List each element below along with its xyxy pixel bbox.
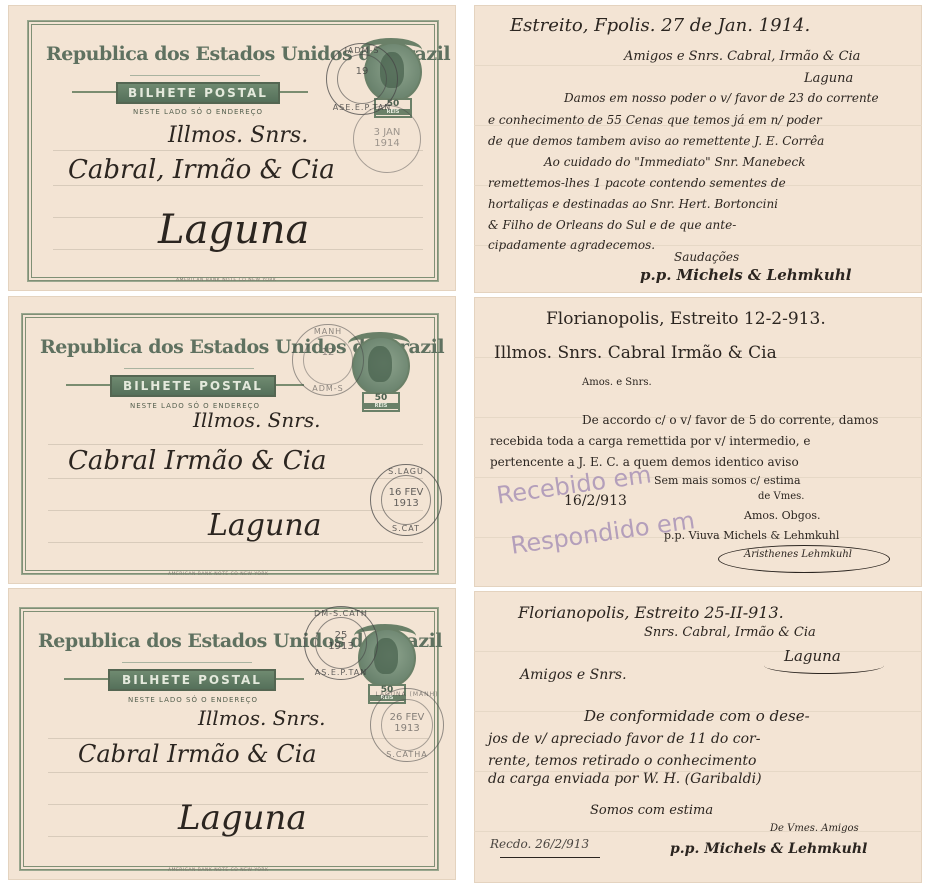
postmark-date: 19	[327, 66, 397, 77]
bilhete-postal-banner: BILHETE POSTAL	[116, 82, 280, 104]
letter-line: & Filho de Orleans do Sul e de que ante-	[488, 218, 736, 232]
letter-dateline: Florianopolis, Estreito 12-2-913.	[546, 309, 826, 329]
flourish-left	[72, 91, 116, 93]
letter-line: e conhecimento de 55 Cenas que temos já …	[488, 113, 822, 127]
postmark-day: 26 FEV	[390, 712, 425, 723]
letter-line: De accordo c/ o v/ favor de 5 do corrent…	[582, 413, 878, 427]
received-date: 16/2/913	[564, 493, 627, 509]
bilhete-postal-banner: BILHETE POSTAL	[108, 669, 276, 691]
letter-line: Ao cuidado do "Immediato" Snr. Manebeck	[544, 155, 806, 169]
postcard-back-3: Florianopolis, Estreito 25-II-913. Snrs.…	[474, 591, 922, 883]
answered-stamp: Respondido em	[509, 506, 697, 560]
postmark-circle: LAGUNA (MANH) 26 FEV1913 S.CATHA	[370, 688, 444, 762]
postmark-date: 16 FEV1913	[371, 487, 441, 509]
postmark-year: 1914	[374, 138, 399, 149]
bilhete-postal-banner: BILHETE POSTAL	[110, 375, 276, 397]
underline-flourish	[764, 657, 884, 674]
postmark-day: 16 FEV	[389, 487, 424, 498]
postmark-date: 251913	[305, 630, 377, 652]
stamp-value-number: 50	[375, 393, 388, 403]
postmark-circle: S.LAGU 16 FEV1913 S.CAT	[370, 464, 442, 536]
ruled-line	[474, 651, 922, 652]
postmark-text: S.CAT	[371, 524, 441, 533]
letter-line: Sem mais somos c/ estima	[654, 474, 801, 487]
flourish-right	[276, 678, 304, 680]
postmark-date: 26 FEV1913	[371, 712, 443, 734]
address-line	[48, 478, 423, 479]
letter-closing: Saudações	[674, 250, 739, 264]
letter-line: de Vmes.	[758, 491, 804, 502]
postmark-text: ADM-S	[293, 384, 363, 393]
address-line	[48, 738, 428, 739]
flourish-right	[280, 91, 308, 93]
letter-line: De conformidade com o dese-	[584, 707, 810, 725]
receipt-underline	[500, 857, 600, 858]
postmark-day: 3 JAN	[374, 127, 401, 138]
address-recipient: Cabral Irmão & Cia	[78, 740, 317, 768]
postmark-year: 1913	[328, 641, 353, 652]
postcard-back-1: Estreito, Fpolis. 27 de Jan. 1914. Amigo…	[474, 5, 922, 293]
letter-line: da carga enviada por W. H. (Garibaldi)	[488, 771, 762, 787]
flourish-left	[66, 384, 110, 386]
address-instruction: NESTE LADO SÓ O ENDEREÇO	[133, 108, 263, 116]
postmark-inner-ring	[337, 54, 387, 104]
letter-addressee: Snrs. Cabral, Irmão & Cia	[644, 625, 816, 640]
address-recipient: Cabral Irmão & Cia	[68, 446, 326, 476]
letter-line: jos de v/ apreciado favor de 11 do cor-	[488, 731, 760, 747]
postmark-date: 12	[293, 347, 363, 358]
printer-imprint: AMERICAN BANK NOTE CO NEW YORK	[168, 868, 268, 873]
postmark-circle: DM-S.CATH 251913 AS.E.P.TAN	[304, 606, 378, 680]
address-line	[48, 772, 428, 773]
letter-line: cipadamente agradecemos.	[488, 238, 655, 252]
address-line	[53, 185, 423, 186]
letter-line: hortaliças e destinadas ao Snr. Hert. Bo…	[488, 197, 778, 211]
postmark-year: 1913	[393, 498, 418, 509]
postcard-front-2: Republica dos Estados Unidos do Brazil B…	[8, 296, 456, 584]
letter-closing: Somos com estima	[590, 803, 713, 818]
postmark-year: 1913	[394, 723, 419, 734]
letter-signature: p.p. Michels & Lehmkuhl	[670, 841, 867, 857]
letter-line: Amos. Obgos.	[744, 509, 821, 522]
letter-line: de que demos tambem aviso ao remettente …	[488, 134, 824, 148]
postmark-text: LAGUNA (MANH)	[371, 691, 443, 698]
stamp-value-unit: REIS	[364, 403, 398, 409]
letter-closing: De Vmes. Amigos	[770, 823, 859, 834]
address-city: Laguna	[208, 508, 322, 543]
letter-salutation: Amigos e Snrs.	[520, 667, 627, 683]
letter-dateline: Estreito, Fpolis. 27 de Jan. 1914.	[510, 15, 810, 36]
address-recipient: Cabral, Irmão & Cia	[68, 155, 335, 185]
printer-imprint: AMERICAN BANK NOTE CO NEW YORK	[176, 278, 276, 283]
postmark-day: 25	[335, 630, 348, 641]
address-instruction: NESTE LADO SÓ O ENDEREÇO	[128, 696, 258, 704]
divider	[122, 662, 252, 663]
divider	[130, 75, 260, 76]
postmark-text: S.LAGU	[371, 467, 441, 476]
postmark-text: S.CATHA	[371, 750, 443, 759]
liberty-head-icon	[368, 346, 392, 382]
address-salutation: Illmos. Snrs.	[198, 706, 325, 730]
postmark-text: AS.E.P.TAN	[305, 668, 377, 677]
letter-line: recebida toda a carga remettida por v/ i…	[490, 434, 810, 448]
postcard-front-3: Republica dos Estados Unidos do Brazil B…	[8, 588, 456, 880]
address-city: Laguna	[158, 207, 309, 253]
flourish-left	[64, 678, 108, 680]
ruled-line	[474, 65, 922, 66]
postcard-front-1: Republica dos Estados Unidos do Brazil B…	[8, 5, 456, 291]
letter-addressee: Amigos e Snrs. Cabral, Irmão & Cia	[624, 49, 860, 64]
letter-line: rente, temos retirado o conhecimento	[488, 753, 756, 769]
letter-salutation: Amos. e Snrs.	[582, 377, 652, 388]
address-salutation: Illmos. Snrs.	[168, 123, 308, 148]
letter-signature: p.p. Michels & Lehmkuhl	[640, 266, 851, 284]
postmark-circle: 3 JAN1914	[353, 105, 421, 173]
letter-city: Laguna	[804, 71, 853, 86]
address-city: Laguna	[178, 798, 307, 838]
postmark-date: 3 JAN1914	[354, 127, 420, 149]
letter-dateline: Florianopolis, Estreito 25-II-913.	[518, 603, 784, 622]
letter-line: remettemos-lhes 1 pacote contendo sement…	[488, 176, 786, 190]
postcard-back-2: Florianopolis, Estreito 12-2-913. Illmos…	[474, 297, 922, 587]
postmark-text: DM-S.CATH	[305, 609, 377, 618]
stamp-value: 50REIS	[362, 392, 400, 412]
postmark-text: IADM-S	[327, 46, 397, 55]
address-salutation: Illmos. Snrs.	[193, 408, 320, 432]
postmark-circle: MANH 12 ADM-S	[292, 324, 364, 396]
postmark-text: MANH	[293, 327, 363, 336]
letter-addressee: Illmos. Snrs. Cabral Irmão & Cia	[494, 343, 777, 363]
postmark-inner-ring	[303, 335, 353, 385]
letter-line: Damos em nosso poder o v/ favor de 23 do…	[564, 91, 879, 105]
receipt-note: Recdo. 26/2/913	[490, 837, 589, 851]
address-line	[48, 444, 423, 445]
printer-imprint: AMERICAN BANK NOTE CO NEW YORK	[168, 572, 268, 577]
signature-flourish	[718, 545, 890, 573]
divider	[124, 368, 254, 369]
